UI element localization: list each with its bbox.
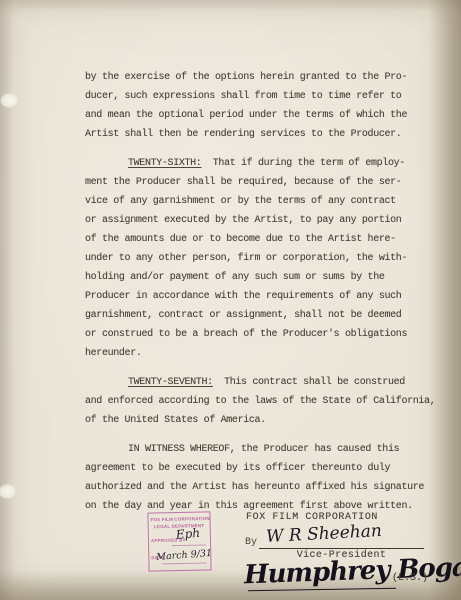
stamp-date-handwriting: March 9/31 [156, 548, 212, 563]
document-line: of the United States of America. [85, 411, 437, 430]
document-line: or assignment executed by the Artist, to… [85, 211, 437, 230]
by-label: By [245, 537, 257, 548]
stamp-company-line: FOX FILM CORPORATION [150, 516, 207, 522]
legal-department-stamp: FOX FILM CORPORATION LEGAL DEPARTMENT AP… [147, 511, 211, 571]
stamp-approved-initials-handwriting: Eph [175, 526, 200, 542]
document-line: and enforced according to the laws of th… [85, 392, 437, 411]
document-line: vice of any garnishment or by the terms … [85, 192, 437, 211]
document-line: Producer in accordance with the requirem… [85, 287, 437, 306]
clause-heading: TWENTY-SIXTH: [128, 158, 201, 169]
punch-hole-top [0, 93, 18, 108]
document-line: IN WITNESS WHEREOF, the Producer has cau… [85, 440, 437, 459]
punch-hole-bottom [0, 484, 16, 499]
document-line: agreement to be executed by its officer … [85, 459, 437, 478]
contract-page: by the exercise of the options herein gr… [0, 0, 461, 600]
contract-text: by the exercise of the options herein gr… [85, 68, 437, 516]
document-line: ment the Producer shall be required, bec… [85, 173, 437, 192]
document-line: TWENTY-SIXTH: That if during the term of… [85, 154, 437, 173]
clause-heading: TWENTY-SEVENTH: [128, 377, 213, 388]
document-line: garnishment, contract or assignment, sha… [85, 306, 437, 325]
document-line: Artist shall then be rendering services … [85, 125, 437, 144]
document-line: TWENTY-SEVENTH: This contract shall be c… [85, 373, 437, 392]
document-line: authorized and the Artist has hereunto a… [85, 478, 437, 497]
document-line: by the exercise of the options herein gr… [85, 68, 437, 87]
document-line: of the amounts due or to become due to t… [85, 230, 437, 249]
document-line: under to any other person, firm or corpo… [85, 249, 437, 268]
document-line: hereunder. [85, 344, 437, 363]
document-line: ducer, such expressions shall from time … [85, 87, 437, 106]
stamp-approved-rule [172, 544, 206, 546]
stamp-date-rule [162, 562, 206, 564]
document-line: or construed to be a breach of the Produ… [85, 325, 437, 344]
seal-label: (L.S.) [392, 573, 428, 584]
document-line: holding and/or payment of any such sum o… [85, 268, 437, 287]
officer-signature-handwriting: W R Sheehan [266, 521, 383, 547]
officer-signature-line [259, 548, 424, 549]
document-line: and mean the optional period under the t… [85, 106, 437, 125]
